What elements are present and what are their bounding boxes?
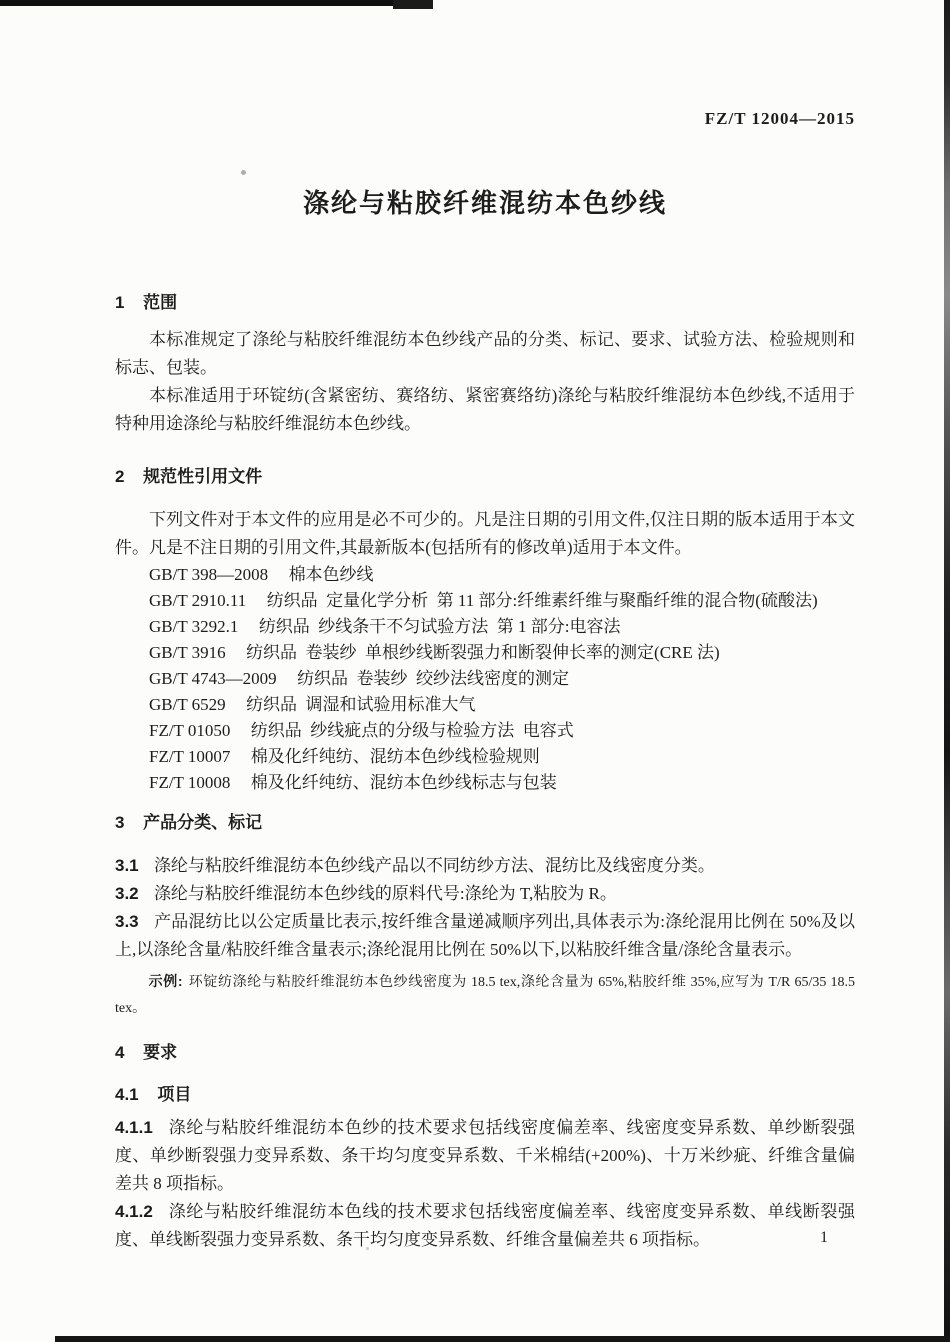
clause-4-1-2: 4.1.2涤纶与粘胶纤维混纺本色线的技术要求包括线密度偏差率、线密度变异系数、单… <box>115 1198 855 1254</box>
example-text: 环锭纺涤纶与粘胶纤维混纺本色纱线密度为 18.5 tex,涤纶含量为 65%,粘… <box>115 975 855 1016</box>
section-4-1-heading: 4.1项目 <box>115 1086 855 1104</box>
clause-number: 3.1 <box>115 856 139 875</box>
reference-item: FZ/T 10008棉及化纤纯纺、混纺本色纱线标志与包装 <box>115 770 855 796</box>
reference-code: GB/T 4743—2009 <box>149 669 277 688</box>
reference-item: GB/T 6529纺织品 调湿和试验用标准大气 <box>115 692 855 718</box>
clause-3-3: 3.3产品混纺比以公定质量比表示,按纤维含量递减顺序列出,具体表示为:涤纶混用比… <box>115 908 855 964</box>
reference-code: FZ/T 10007 <box>149 747 230 766</box>
clause-text: 产品混纺比以公定质量比表示,按纤维含量递减顺序列出,具体表示为:涤纶混用比例在 … <box>115 912 855 959</box>
section-3-heading: 3产品分类、标记 <box>115 814 855 832</box>
clause-number: 3.3 <box>115 912 139 931</box>
reference-item: GB/T 2910.11纺织品 定量化学分析 第 11 部分:纤维素纤维与聚酯纤… <box>115 588 855 614</box>
reference-code: GB/T 3916 <box>149 643 226 662</box>
section-number: 1 <box>115 294 124 312</box>
reference-item: GB/T 3292.1纺织品 纱线条干不匀试验方法 第 1 部分:电容法 <box>115 614 855 640</box>
document-title: 涤纶与粘胶纤维混纺本色纱线 <box>115 188 855 218</box>
reference-title: 纺织品 卷装纱 单根纱线断裂强力和断裂伸长率的测定(CRE 法) <box>246 643 720 662</box>
section-title: 要求 <box>143 1043 177 1062</box>
reference-code: GB/T 2910.11 <box>149 591 246 610</box>
section-2-heading: 2规范性引用文件 <box>115 468 855 486</box>
clause-3-1: 3.1涤纶与粘胶纤维混纺本色纱线产品以不同纺纱方法、混纺比及线密度分类。 <box>115 852 855 880</box>
reference-title: 棉本色纱线 <box>289 565 374 584</box>
reference-title: 棉及化纤纯纺、混纺本色纱线标志与包装 <box>251 773 557 792</box>
reference-title: 纺织品 调湿和试验用标准大气 <box>246 695 476 714</box>
section-number: 4.1 <box>115 1086 139 1104</box>
reference-title: 纺织品 定量化学分析 第 11 部分:纤维素纤维与聚酯纤维的混合物(硫酸法) <box>267 591 818 610</box>
scope-paragraph-2: 本标准适用于环锭纺(含紧密纺、赛络纺、紧密赛络纺)涤纶与粘胶纤维混纺本色纱线,不… <box>115 382 855 438</box>
marking-example: 示例:环锭纺涤纶与粘胶纤维混纺本色纱线密度为 18.5 tex,涤纶含量为 65… <box>115 968 855 1022</box>
reference-title: 纺织品 纱线条干不匀试验方法 第 1 部分:电容法 <box>259 617 621 636</box>
section-number: 3 <box>115 814 124 832</box>
clause-4-1-1: 4.1.1涤纶与粘胶纤维混纺本色纱的技术要求包括线密度偏差率、线密度变异系数、单… <box>115 1114 855 1198</box>
reference-item: GB/T 3916纺织品 卷装纱 单根纱线断裂强力和断裂伸长率的测定(CRE 法… <box>115 640 855 666</box>
clause-3-2: 3.2涤纶与粘胶纤维混纺本色纱线的原料代号:涤纶为 T,粘胶为 R。 <box>115 880 855 908</box>
section-title: 项目 <box>157 1085 191 1104</box>
reference-code: FZ/T 01050 <box>149 721 230 740</box>
section-title: 规范性引用文件 <box>143 467 262 486</box>
reference-code: FZ/T 10008 <box>149 773 230 792</box>
reference-item: FZ/T 01050纺织品 纱线疵点的分级与检验方法 电容式 <box>115 718 855 744</box>
section-1-heading: 1范围 <box>115 294 855 312</box>
reference-code: GB/T 6529 <box>149 695 226 714</box>
reference-item: FZ/T 10007棉及化纤纯纺、混纺本色纱线检验规则 <box>115 744 855 770</box>
clause-text: 涤纶与粘胶纤维混纺本色纱线的原料代号:涤纶为 T,粘胶为 R。 <box>154 884 617 903</box>
clause-text: 涤纶与粘胶纤维混纺本色线的技术要求包括线密度偏差率、线密度变异系数、单线断裂强度… <box>115 1202 855 1249</box>
section-title: 范围 <box>143 293 177 312</box>
example-label: 示例: <box>149 973 183 989</box>
scan-artifact-bottom-bar <box>55 1336 950 1342</box>
clause-text: 涤纶与粘胶纤维混纺本色纱线产品以不同纺纱方法、混纺比及线密度分类。 <box>154 856 715 875</box>
reference-code: GB/T 3292.1 <box>149 617 238 636</box>
standard-number: FZ/T 12004—2015 <box>115 110 855 128</box>
reference-title: 棉及化纤纯纺、混纺本色纱线检验规则 <box>251 747 540 766</box>
reference-title: 纺织品 纱线疵点的分级与检验方法 电容式 <box>251 721 574 740</box>
clause-number: 4.1.1 <box>115 1118 153 1137</box>
reference-title: 纺织品 卷装纱 绞纱法线密度的测定 <box>297 669 569 688</box>
section-4-heading: 4要求 <box>115 1044 855 1062</box>
clause-number: 3.2 <box>115 884 139 903</box>
section-title: 产品分类、标记 <box>143 813 262 832</box>
reference-item: GB/T 398—2008棉本色纱线 <box>115 562 855 588</box>
clause-number: 4.1.2 <box>115 1202 153 1221</box>
scope-paragraph-1: 本标准规定了涤纶与粘胶纤维混纺本色纱线产品的分类、标记、要求、试验方法、检验规则… <box>115 326 855 382</box>
page-content: FZ/T 12004—2015 涤纶与粘胶纤维混纺本色纱线 1范围 本标准规定了… <box>0 0 950 1254</box>
document-page: FZ/T 12004—2015 涤纶与粘胶纤维混纺本色纱线 1范围 本标准规定了… <box>0 0 950 1342</box>
section-number: 2 <box>115 468 124 486</box>
reference-item: GB/T 4743—2009纺织品 卷装纱 绞纱法线密度的测定 <box>115 666 855 692</box>
references-intro: 下列文件对于本文件的应用是必不可少的。凡是注日期的引用文件,仅注日期的版本适用于… <box>115 506 855 562</box>
page-number: 1 <box>820 1229 828 1247</box>
reference-code: GB/T 398—2008 <box>149 565 268 584</box>
section-number: 4 <box>115 1044 124 1062</box>
clause-text: 涤纶与粘胶纤维混纺本色纱的技术要求包括线密度偏差率、线密度变异系数、单纱断裂强度… <box>115 1118 855 1193</box>
